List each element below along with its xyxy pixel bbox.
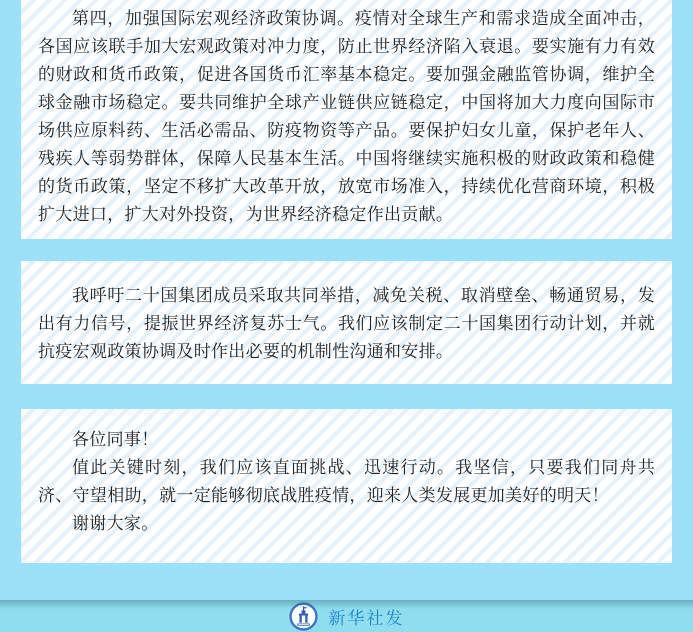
paragraph: 我呼吁二十国集团成员采取共同举措，减免关税、取消壁垒、畅通贸易，发出有力信号，提… (38, 282, 655, 366)
footer-credit-bar: 新华社发 (0, 600, 693, 632)
block-gap (21, 384, 672, 409)
text-block-g20-appeal: 我呼吁二十国集团成员采取共同举措，减免关税、取消壁垒、畅通贸易，发出有力信号，提… (21, 261, 672, 384)
text-block-international-policy: 第四，加强国际宏观经济政策协调。疫情对全球生产和需求造成全面冲击，各国应该联手加… (21, 0, 672, 239)
block-gap (21, 239, 672, 261)
paragraph: 各位同事！ (38, 426, 655, 454)
paragraph: 谢谢大家。 (38, 510, 655, 538)
xinhua-agency-logo-icon (289, 602, 318, 631)
paragraph: 第四，加强国际宏观经济政策协调。疫情对全球生产和需求造成全面冲击，各国应该联手加… (38, 5, 655, 229)
bottom-spacer (0, 563, 693, 600)
content-area: 第四，加强国际宏观经济政策协调。疫情对全球生产和需求造成全面冲击，各国应该联手加… (0, 0, 693, 563)
text-block-closing: 各位同事！ 值此关键时刻，我们应该直面挑战、迅速行动。我坚信，只要我们同舟共济、… (21, 409, 672, 563)
paragraph: 值此关键时刻，我们应该直面挑战、迅速行动。我坚信，只要我们同舟共济、守望相助，就… (38, 454, 655, 510)
footer-caption: 新华社发 (329, 604, 405, 629)
infographic-page: 第四，加强国际宏观经济政策协调。疫情对全球生产和需求造成全面冲击，各国应该联手加… (0, 0, 693, 632)
